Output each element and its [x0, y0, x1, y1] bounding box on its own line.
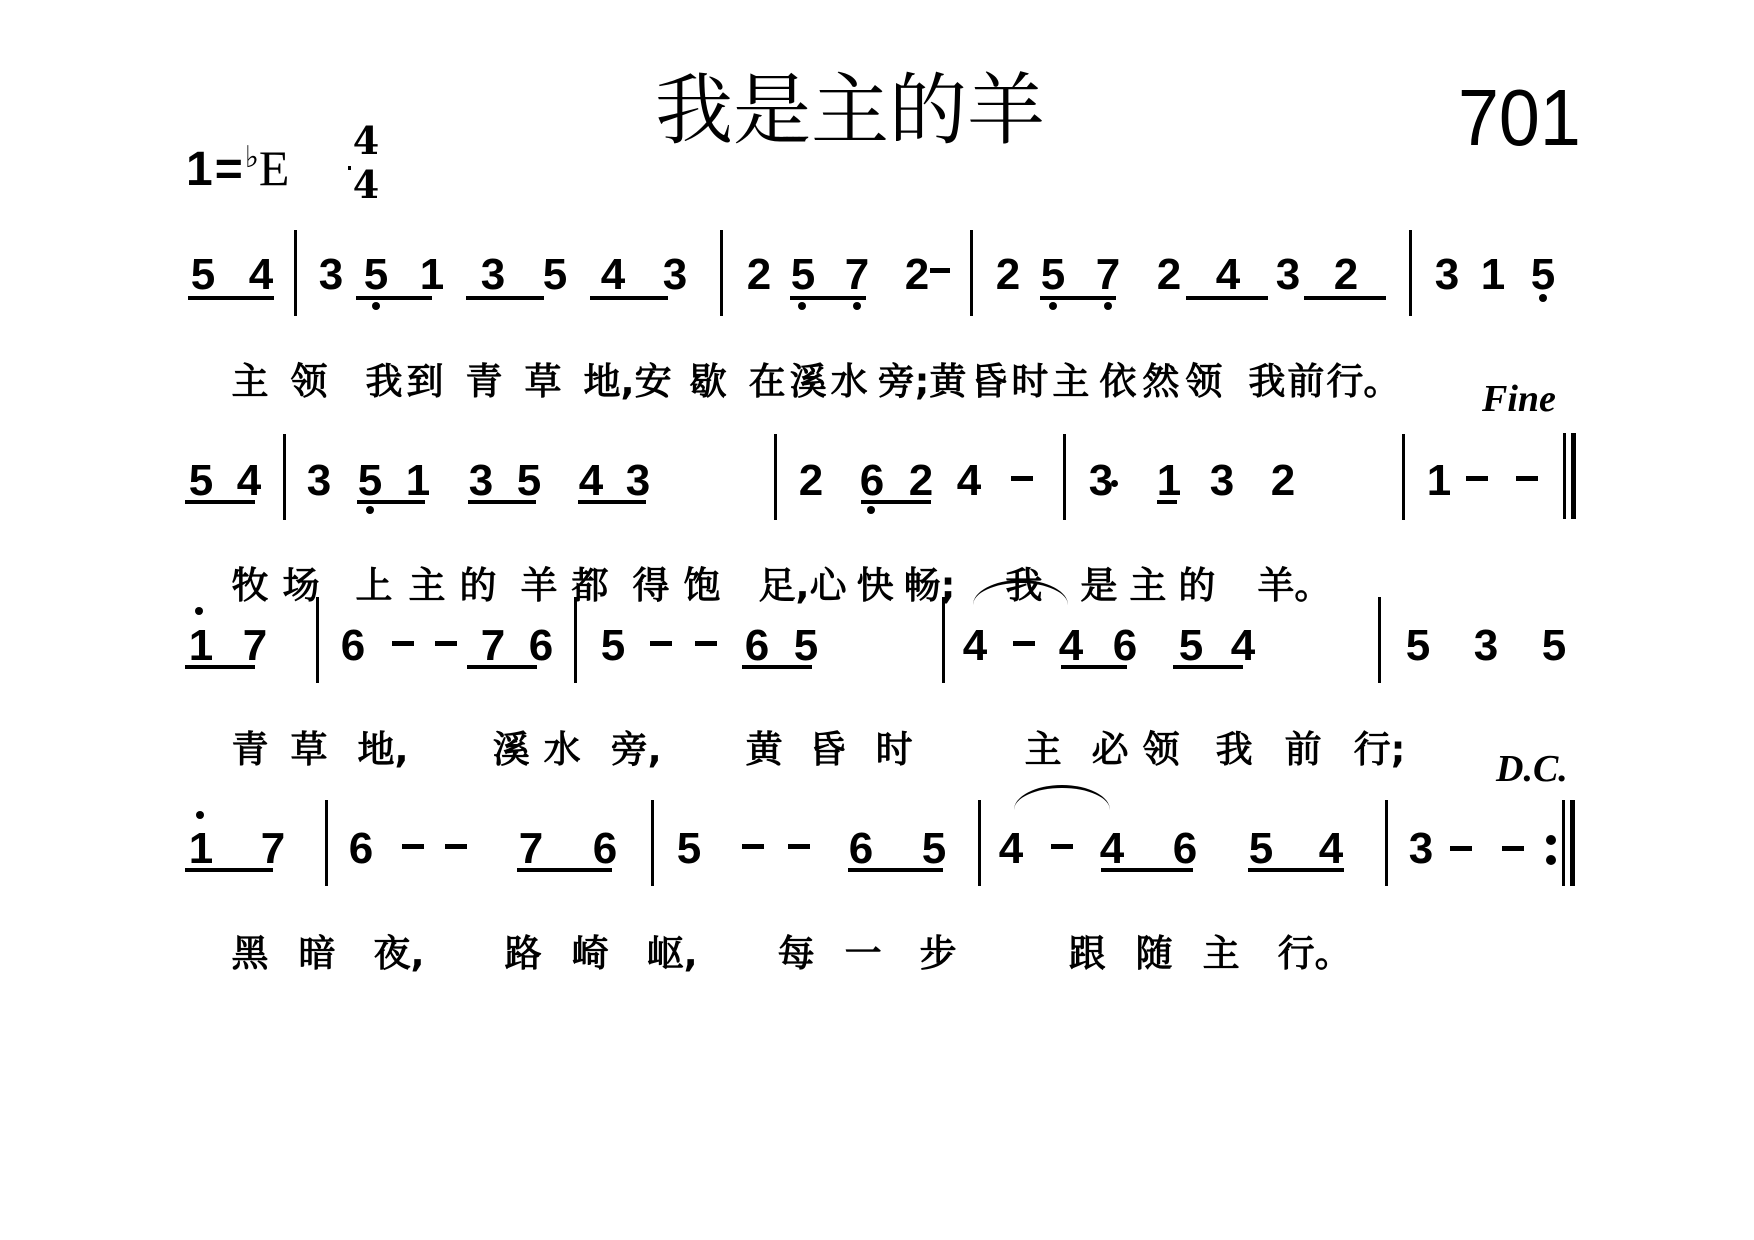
barline [1385, 800, 1388, 886]
eighth-beam [861, 500, 931, 504]
key-signature: 1=♭E [186, 143, 289, 194]
note-1: 1 [1478, 253, 1508, 297]
barline [942, 597, 945, 683]
eighth-beam [185, 665, 255, 669]
note-5: 5 [1246, 827, 1276, 871]
lyric: 是 [1080, 564, 1117, 607]
note-3: 3 [1207, 459, 1237, 503]
note-3: 3 [478, 253, 508, 297]
note-6: 6 [1110, 624, 1140, 668]
dc-marking: D.C. [1496, 750, 1568, 788]
high-octave-dot [196, 811, 204, 819]
lyric: 时 [1011, 360, 1048, 403]
extension-dash [1450, 846, 1472, 851]
note-2: 2 [796, 459, 826, 503]
low-octave-dot [1049, 302, 1057, 310]
lyric: 场 [283, 564, 320, 607]
eighth-beam [1173, 665, 1243, 669]
time-signature: 4 4 [348, 122, 384, 210]
time-divider [348, 166, 351, 170]
lyric-line-4: 黑暗夜,路崎岖,每一步跟随主行。 [180, 898, 1352, 1009]
lyric: 时 [876, 728, 913, 771]
note-7: 7 [258, 827, 288, 871]
extension-dash [435, 641, 457, 646]
repeat-dot [1546, 855, 1556, 865]
lyric: 快 [857, 564, 894, 607]
low-octave-dot [372, 302, 380, 310]
lyric: 主 [409, 564, 446, 607]
note-4: 4 [576, 459, 606, 503]
lyric: 前 [1285, 728, 1322, 771]
extension-dash [402, 844, 424, 849]
note-6: 6 [742, 624, 772, 668]
lyric: 我 [366, 360, 403, 403]
note-7-low: 7 [842, 253, 872, 297]
lyric: 旁; [878, 360, 930, 403]
lyric: 羊。 [1257, 564, 1331, 607]
lyric: 主 [1025, 728, 1062, 771]
note-6: 6 [846, 827, 876, 871]
barline [316, 597, 319, 683]
note-6: 6 [1170, 827, 1200, 871]
repeat-dot [1546, 835, 1556, 845]
barline [720, 230, 723, 316]
note-5: 5 [514, 459, 544, 503]
note-7: 7 [240, 624, 270, 668]
eighth-beam [1186, 296, 1268, 300]
note-1: 1 [403, 459, 433, 503]
lyric: 水 [544, 728, 581, 771]
repeat-barline-thin [1562, 800, 1565, 886]
lyric: 水 [831, 360, 868, 403]
barline [574, 597, 577, 683]
note-3: 3 [1273, 253, 1303, 297]
low-octave-dot [853, 302, 861, 310]
lyric: 必 [1092, 728, 1129, 771]
barline [970, 230, 973, 316]
note-5: 5 [188, 253, 218, 297]
hymn-number: 701 [1458, 78, 1581, 158]
lyric: 安 [635, 360, 672, 403]
lyric: 上 [356, 564, 393, 607]
note-2: 2 [993, 253, 1023, 297]
barline [325, 800, 328, 886]
note-5-low: 5 [1038, 253, 1068, 297]
note-3: 3 [1406, 827, 1436, 871]
lyric: 主 [1052, 360, 1089, 403]
lyric: 领 [291, 360, 328, 403]
note-7: 7 [516, 827, 546, 871]
final-barline-thin [1563, 433, 1566, 519]
low-octave-dot [1104, 302, 1112, 310]
eighth-beam [848, 868, 943, 872]
note-4: 4 [234, 459, 264, 503]
note-1-high: 1 [186, 624, 216, 668]
barline [1402, 434, 1405, 520]
lyric: 牧 [232, 564, 269, 607]
lyric: 旁, [611, 728, 662, 771]
lyric: 地, [358, 728, 409, 771]
low-octave-dot [1539, 294, 1547, 302]
note-3: 3 [1471, 624, 1501, 668]
note-3: 3 [623, 459, 653, 503]
lyric: 主 [1203, 932, 1240, 975]
lyric: 夜, [374, 932, 425, 975]
note-5: 5 [791, 624, 821, 668]
extension-dash [788, 844, 810, 849]
low-octave-dot [798, 302, 806, 310]
extension-dash [930, 268, 950, 273]
time-denominator: 4 [348, 166, 384, 210]
extension-dash [742, 844, 764, 849]
high-octave-dot [195, 607, 203, 615]
lyric: 畅; [904, 564, 956, 607]
extension-dash [392, 641, 414, 646]
repeat-barline-thick [1570, 800, 1575, 886]
lyric: 昏 [809, 728, 846, 771]
lyric-line-1: 主领我到青草地,安歇在溪水旁;黄昏时主依然领我前行。 [180, 326, 1400, 437]
lyric: 饱 [684, 564, 721, 607]
extension-dash [445, 844, 467, 849]
eighth-beam [742, 665, 812, 669]
note-3: 3 [466, 459, 496, 503]
note-1: 1 [1154, 459, 1184, 503]
lyric: 我 [1216, 728, 1253, 771]
lyric: 草 [291, 728, 328, 771]
note-5: 5 [919, 827, 949, 871]
note-4: 4 [954, 459, 984, 503]
note-5-low: 5 [788, 253, 818, 297]
extension-dash [1502, 846, 1524, 851]
barline [1063, 434, 1066, 520]
eighth-beam [357, 500, 425, 504]
augmentation-dot [1111, 480, 1118, 487]
note-2: 2 [1154, 253, 1184, 297]
lyric: 主 [232, 360, 269, 403]
note-5: 5 [1176, 624, 1206, 668]
note-4: 4 [1213, 253, 1243, 297]
song-title: 我是主的羊 [655, 72, 1045, 150]
lyric: 心 [810, 564, 847, 607]
eighth-beam [185, 868, 273, 872]
eighth-beam [1101, 868, 1193, 872]
note-3: 3 [660, 253, 690, 297]
note-1: 1 [1424, 459, 1454, 503]
lyric: 羊 [521, 564, 558, 607]
lyric-line-3: 青草地,溪水旁,黄昏时主必领我前行; [180, 694, 1405, 805]
eighth-beam [590, 296, 668, 300]
lyric: 溪 [493, 728, 530, 771]
lyric: 每 [778, 932, 815, 975]
eighth-beam [356, 296, 432, 300]
eighth-beam [188, 296, 274, 300]
lyric: 暗 [299, 932, 336, 975]
lyric: 然 [1142, 360, 1179, 403]
eighth-beam [185, 500, 255, 504]
barline [283, 434, 286, 520]
note-6: 6 [346, 827, 376, 871]
lyric: 依 [1099, 360, 1136, 403]
lyric: 地, [584, 360, 635, 403]
note-7: 7 [478, 624, 508, 668]
lyric: 崎 [572, 932, 609, 975]
lyric: 我 [1248, 360, 1285, 403]
lyric: 都 [572, 564, 609, 607]
time-numerator: 4 [348, 122, 384, 166]
lyric: 在 [749, 360, 786, 403]
lyric: 到 [407, 360, 444, 403]
note-4: 4 [1316, 827, 1346, 871]
key-tonic: 1 [186, 143, 213, 196]
note-5: 5 [1403, 624, 1433, 668]
note-4-tied: 4 [1056, 624, 1086, 668]
lyric: 一 [845, 932, 882, 975]
note-6: 6 [526, 624, 556, 668]
lyric: 领 [1185, 360, 1222, 403]
note-2: 2 [906, 459, 936, 503]
final-barline-thick [1571, 433, 1576, 519]
lyric: 的 [460, 564, 497, 607]
lyric: 路 [505, 932, 542, 975]
lyric: 得 [633, 564, 670, 607]
lyric: 岖, [647, 932, 698, 975]
eighth-beam [467, 665, 537, 669]
lyric: 步 [920, 932, 957, 975]
extension-dash [650, 641, 672, 646]
barline [294, 230, 297, 316]
note-3: 3 [304, 459, 334, 503]
lyric: 黄 [929, 360, 966, 403]
lyric: 草 [525, 360, 562, 403]
note-2: 2 [744, 253, 774, 297]
extension-dash [1013, 641, 1035, 646]
eighth-beam [1304, 296, 1386, 300]
lyric: 跟 [1069, 932, 1106, 975]
lyric: 昏 [970, 360, 1007, 403]
lyric: 黄 [746, 728, 783, 771]
lyric: 主 [1129, 564, 1166, 607]
note-7-low: 7 [1093, 253, 1123, 297]
extension-dash [1516, 476, 1538, 481]
eighth-beam [468, 500, 536, 504]
barline [651, 800, 654, 886]
barline [978, 800, 981, 886]
lyric: 行。 [1278, 932, 1352, 975]
note-2: 2 [1331, 253, 1361, 297]
eighth-beam [1061, 665, 1127, 669]
extension-dash [1011, 476, 1033, 481]
note-3: 3 [1432, 253, 1462, 297]
eighth-beam [1040, 296, 1116, 300]
note-5: 5 [1539, 624, 1569, 668]
note-4: 4 [598, 253, 628, 297]
note-1-high: 1 [186, 827, 216, 871]
eighth-beam [578, 500, 646, 504]
lyric: 足, [759, 564, 810, 607]
barline [774, 434, 777, 520]
note-5: 5 [598, 624, 628, 668]
note-6-low: 6 [857, 459, 887, 503]
extension-dash [1051, 844, 1073, 849]
lyric: 的 [1178, 564, 1215, 607]
key-equals: = [215, 143, 243, 196]
barline [1409, 230, 1412, 316]
note-5: 5 [186, 459, 216, 503]
note-2: 2 [902, 253, 932, 297]
note-5-low: 5 [355, 459, 385, 503]
eighth-beam [790, 296, 866, 300]
lyric: 溪 [790, 360, 827, 403]
eighth-beam [466, 296, 544, 300]
note-5-low: 5 [1528, 253, 1558, 297]
note-2: 2 [1268, 459, 1298, 503]
low-octave-dot [366, 506, 374, 514]
barline [1378, 597, 1381, 683]
key-letter: E [259, 140, 290, 196]
note-3: 3 [316, 253, 346, 297]
lyric: 行。 [1326, 360, 1400, 403]
note-5-low: 5 [361, 253, 391, 297]
note-4-tied: 4 [996, 827, 1026, 871]
note-1: 1 [417, 253, 447, 297]
note-6: 6 [338, 624, 368, 668]
low-octave-dot [867, 506, 875, 514]
lyric: 前 [1287, 360, 1324, 403]
note-6: 6 [590, 827, 620, 871]
lyric: 青 [466, 360, 503, 403]
lyric: 行; [1354, 728, 1406, 771]
lyric: 歇 [690, 360, 727, 403]
lyric: 随 [1136, 932, 1173, 975]
note-4: 4 [1228, 624, 1258, 668]
eighth-beam [1157, 500, 1177, 504]
extension-dash [1466, 476, 1488, 481]
note-5: 5 [674, 827, 704, 871]
lyric: 黑 [232, 932, 269, 975]
note-4: 4 [246, 253, 276, 297]
extension-dash [695, 641, 717, 646]
note-4-tied: 4 [960, 624, 990, 668]
lyric: 领 [1143, 728, 1180, 771]
eighth-beam [517, 868, 612, 872]
note-5: 5 [540, 253, 570, 297]
flat-icon: ♭ [245, 140, 259, 175]
lyric: 青 [232, 728, 269, 771]
eighth-beam [1248, 868, 1344, 872]
note-4-tied: 4 [1097, 827, 1127, 871]
fine-marking: Fine [1482, 380, 1556, 418]
